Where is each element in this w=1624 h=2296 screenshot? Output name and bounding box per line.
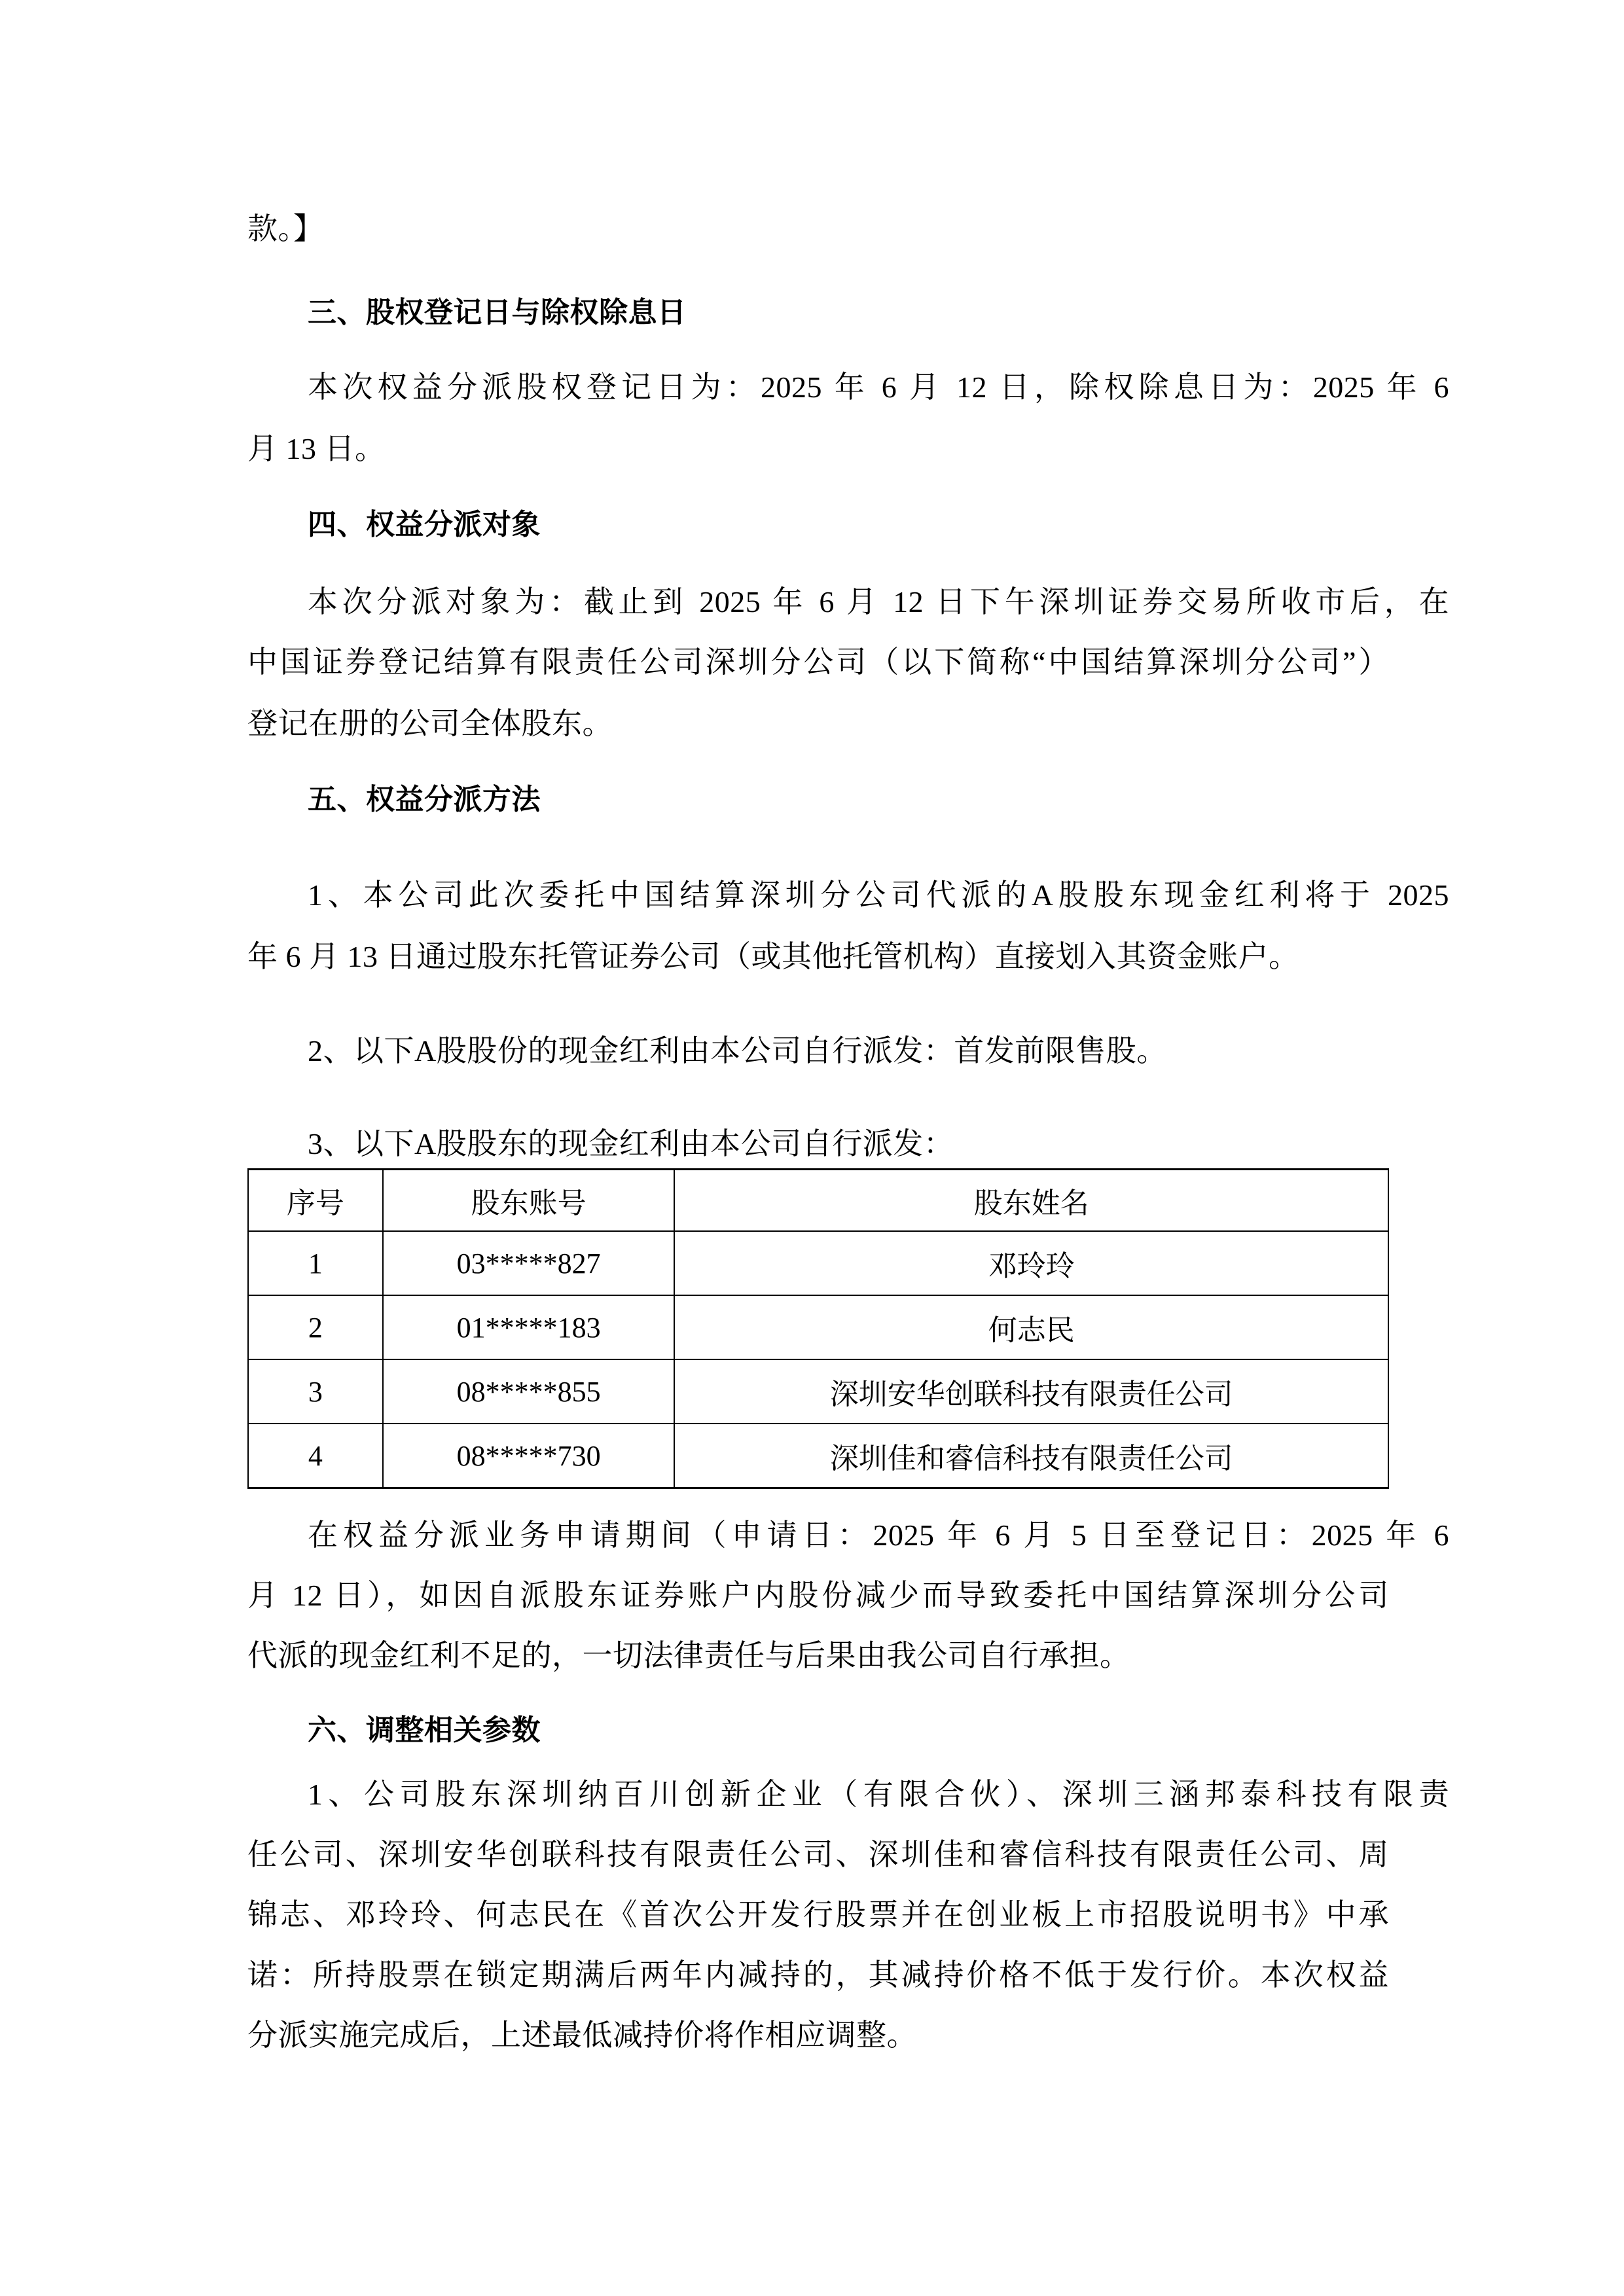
section-3-heading: 三、股权登记日与除权除息日	[247, 293, 1449, 332]
column-header-account: 股东账号	[383, 1170, 675, 1232]
section-4-line-2: 中国证券登记结算有限责任公司深圳分公司（以下简称“中国结算深圳分公司”）	[247, 643, 1389, 682]
cell-name: 邓玲玲	[674, 1231, 1388, 1295]
section-5-item-3: 3、以下A股股东的现金红利由本公司自行派发：	[247, 1124, 1449, 1164]
section-6-item-1-line-3: 锦志、邓玲玲、何志民在《首次公开发行股票并在创业板上市招股说明书》中承	[247, 1895, 1389, 1935]
section-3-line-1: 本次权益分派股权登记日为：2025 年 6 月 12 日，除权除息日为：2025…	[247, 368, 1449, 407]
section-6-item-1-line-1: 1、公司股东深圳纳百川创新企业（有限合伙）、深圳三涵邦泰科技有限责	[247, 1775, 1449, 1814]
table-row: 4 08*****730 深圳佳和睿信科技有限责任公司	[248, 1424, 1388, 1488]
section-4-line-3: 登记在册的公司全体股东。	[247, 704, 1389, 744]
section-5-note-line-2: 月 12 日），如因自派股东证券账户内股份减少而导致委托中国结算深圳分公司	[247, 1576, 1389, 1615]
continuation-text: 款。】	[247, 209, 1389, 249]
cell-name: 深圳佳和睿信科技有限责任公司	[674, 1424, 1388, 1488]
section-5-note-line-1: 在权益分派业务申请期间（申请日：2025 年 6 月 5 日至登记日：2025 …	[247, 1516, 1449, 1555]
cell-account: 08*****855	[383, 1359, 675, 1424]
section-6-item-1-line-4: 诺：所持股票在锁定期满后两年内减持的，其减持价格不低于发行价。本次权益	[247, 1956, 1389, 1995]
section-5-heading: 五、权益分派方法	[247, 780, 1449, 819]
section-3-line-2: 月 13 日。	[247, 429, 1389, 469]
section-5-item-2: 2、以下A股股份的现金红利由本公司自行派发：首发前限售股。	[247, 1031, 1449, 1071]
column-header-no: 序号	[248, 1170, 383, 1232]
self-distribution-shareholders-table: 序号 股东账号 股东姓名 1 03*****827 邓玲玲 2 01*****1…	[247, 1168, 1389, 1489]
section-5-item-1-line-1: 1、本公司此次委托中国结算深圳分公司代派的A股股东现金红利将于 2025	[247, 876, 1449, 915]
cell-no: 4	[248, 1424, 383, 1488]
cell-name: 何志民	[674, 1295, 1388, 1359]
table-header-row: 序号 股东账号 股东姓名	[248, 1170, 1388, 1232]
cell-account: 03*****827	[383, 1231, 675, 1295]
cell-name: 深圳安华创联科技有限责任公司	[674, 1359, 1388, 1424]
table-row: 1 03*****827 邓玲玲	[248, 1231, 1388, 1295]
section-6-heading: 六、调整相关参数	[247, 1711, 1449, 1750]
cell-no: 3	[248, 1359, 383, 1424]
section-5-note-line-3: 代派的现金红利不足的，一切法律责任与后果由我公司自行承担。	[247, 1636, 1389, 1676]
cell-no: 2	[248, 1295, 383, 1359]
section-6-item-1-line-2: 任公司、深圳安华创联科技有限责任公司、深圳佳和睿信科技有限责任公司、周	[247, 1835, 1389, 1874]
cell-account: 08*****730	[383, 1424, 675, 1488]
table-row: 3 08*****855 深圳安华创联科技有限责任公司	[248, 1359, 1388, 1424]
section-6-item-1-line-5: 分派实施完成后，上述最低减持价将作相应调整。	[247, 2016, 1389, 2055]
cell-no: 1	[248, 1231, 383, 1295]
section-4-line-1: 本次分派对象为：截止到 2025 年 6 月 12 日下午深圳证券交易所收市后，…	[247, 583, 1449, 622]
cell-account: 01*****183	[383, 1295, 675, 1359]
section-5-item-1-line-2: 年 6 月 13 日通过股东托管证券公司（或其他托管机构）直接划入其资金账户。	[247, 937, 1389, 977]
table-row: 2 01*****183 何志民	[248, 1295, 1388, 1359]
column-header-name: 股东姓名	[674, 1170, 1388, 1232]
section-4-heading: 四、权益分派对象	[247, 505, 1449, 545]
